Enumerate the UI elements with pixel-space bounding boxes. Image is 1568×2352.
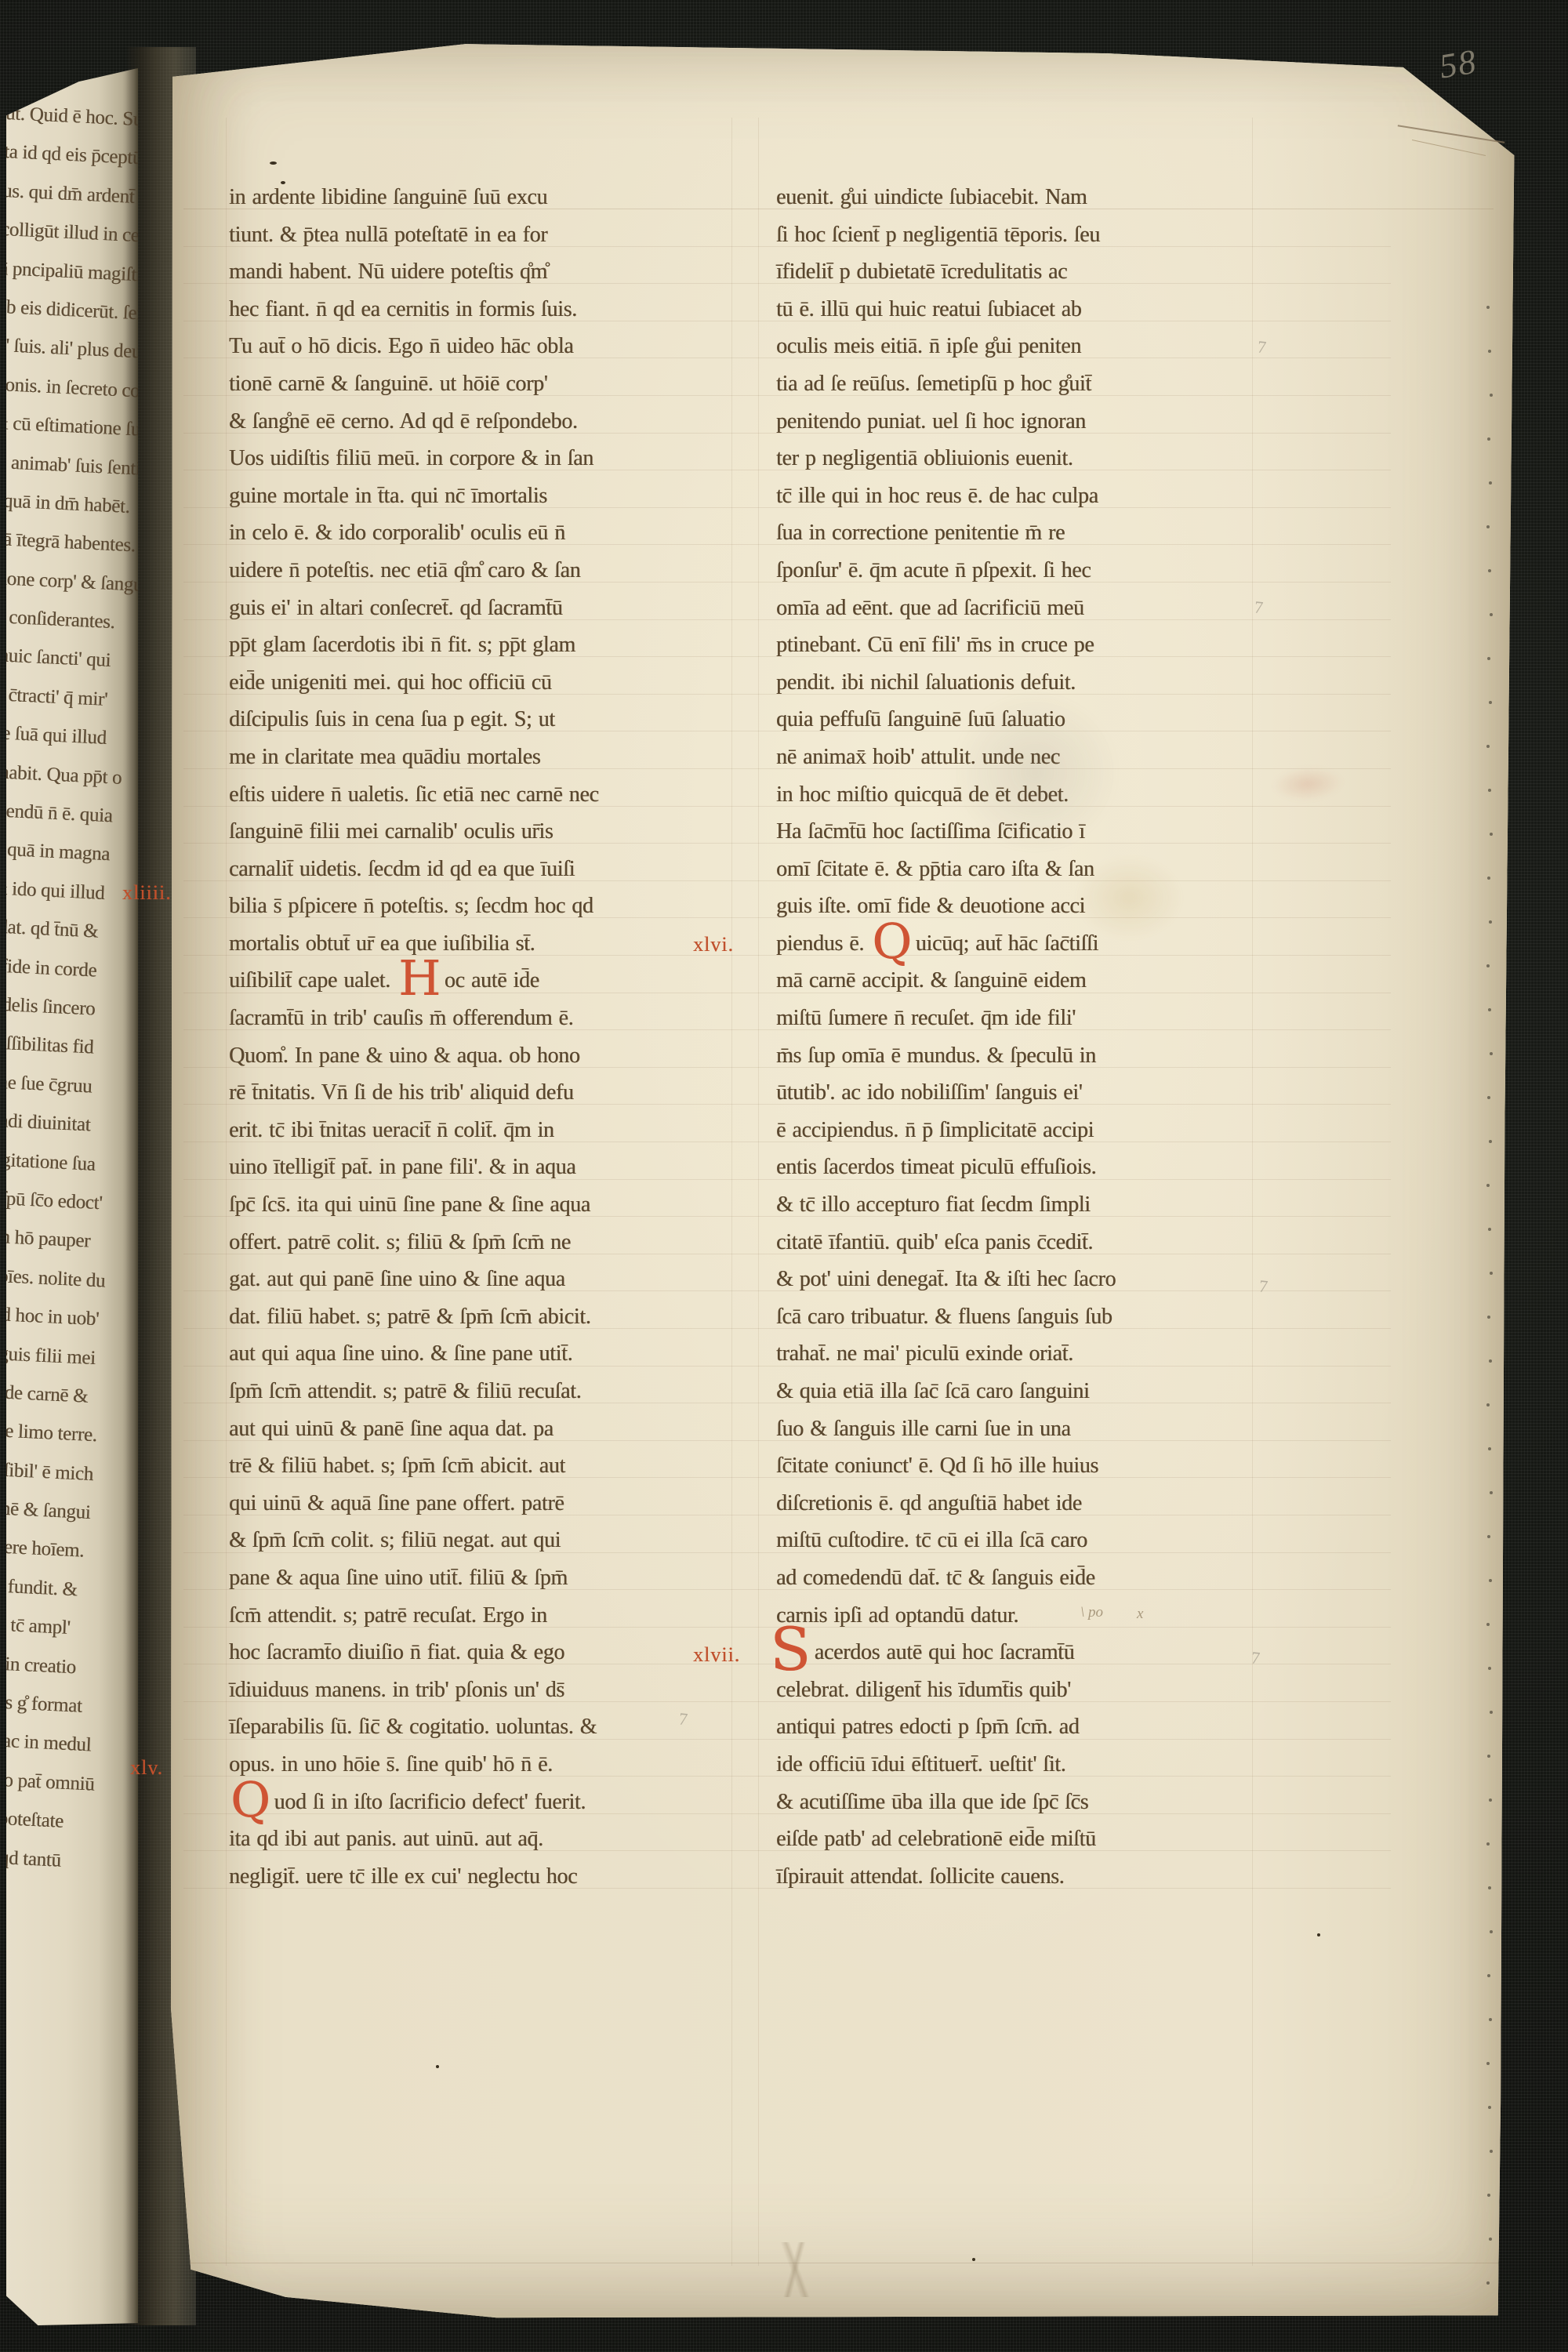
prev-page-line: fide ſuā qui illud	[0, 713, 107, 758]
manuscript-line: ſi hoc ſcient̄ p negligentiā tēporis. ſe…	[776, 216, 1247, 254]
manuscript-line: qui uinū & aquā ſine pane offert. patrē	[229, 1485, 699, 1523]
manuscript-line: & tc̄ illo accepturo fiat ſecdm ſimpli	[776, 1186, 1247, 1224]
manuscript-line: tionē carnē & ſanguinē. ut hōiē corp'	[229, 365, 699, 403]
prev-page-line: unde ade carnē &	[0, 1371, 80, 1416]
manuscript-line: ūtutib'. ac ido nobiliſſim' ſanguis ei'	[776, 1074, 1247, 1112]
prev-page-line: ; fidelis ſincero	[0, 984, 96, 1029]
prev-page-line: ab eis didicerūt. ſeru	[0, 288, 124, 332]
manuscript-line: ſpc̄ ſcs̄. ita qui uinū ſine pane & ſine…	[229, 1186, 699, 1224]
manuscript-line: oculis meis eitiā. n̄ ipſe g̊ui peniten	[776, 328, 1247, 365]
manuscript-line: pane & aqua ſine uino utit̄. filiū & ſpm…	[229, 1559, 699, 1597]
prev-page-line: ent ulla poteſtate	[0, 1796, 64, 1841]
pricking-hole	[1486, 2062, 1490, 2065]
manuscript-line: ſpm̄ ſcm̄ attendit. s; patrē & filiū rec…	[229, 1373, 699, 1410]
pricking-hole	[1486, 1184, 1490, 1187]
manuscript-line: aut qui uinū & panē ſine aqua dat. pa	[229, 1410, 699, 1448]
chapter-numeral: xlv.	[130, 1756, 163, 1780]
prev-page-line: An poſſibil' ē mich	[0, 1448, 77, 1493]
pricking-hole	[1488, 1228, 1491, 1231]
pricking-hole	[1486, 1403, 1490, 1406]
manuscript-line: ſuo & ſanguis ille carni ſue in una	[776, 1410, 1247, 1448]
stain-yellow	[1074, 855, 1184, 941]
pricking-hole	[1487, 1974, 1490, 1977]
pricking-hole	[1486, 525, 1490, 528]
prev-page-line: it huic ſancti' qui	[0, 636, 110, 681]
manuscript-line: Sacerdos autē qui hoc ſacramt̄ū	[776, 1634, 1247, 1671]
pricking-hole	[1486, 1623, 1490, 1626]
manuscript-line: mortalis obtut̄ ur̄ ea que iuſibilia st̄…	[229, 925, 699, 963]
prev-page-line: ā pncipaliū magiſtr̄	[0, 249, 125, 293]
prev-page-line: ut cogitatione ſua	[0, 1138, 89, 1183]
manuscript-line: ſanguinē filii mei carnalib' oculis ur̄i…	[229, 813, 699, 851]
pricking-hole	[1487, 1096, 1490, 1099]
text-column-right: euenit. g̊ui uindicte ſubiacebit. Namſi …	[776, 179, 1247, 1895]
pricking-hole	[1489, 481, 1492, 485]
manuscript-line: trahat̄. ne mai' piculū exinde oriat̄.	[776, 1335, 1247, 1373]
prev-page-line: pſā ītegrā habentes.	[0, 520, 114, 564]
ink-speck	[972, 2258, 975, 2261]
manuscript-line: me in claritate mea quādiu mortales	[229, 739, 699, 776]
manuscript-line: in ardente libidine ſanguinē ſuū excu	[229, 179, 699, 216]
pricking-hole	[1489, 1359, 1492, 1363]
text-column-left: in ardente libidine ſanguinē ſuū excutiu…	[229, 179, 699, 1895]
prev-page-line: ta id qd eis p̄ceptū ē	[3, 132, 130, 177]
pricking-hole	[1488, 350, 1491, 353]
prev-page-line: anime ſue c̄gruu	[0, 1062, 93, 1106]
ink-speck	[281, 181, 285, 184]
pricking-hole	[1490, 1491, 1493, 1494]
ruling-line-vertical	[758, 118, 759, 2266]
manuscript-line: ē accipiendus. n̄ p̄ ſimplicitatē accipi	[776, 1112, 1247, 1149]
manuscript-line: hoc ſacramt̄o diuiſio n̄ fiat. quia & eg…	[229, 1634, 699, 1671]
pricking-hole	[1490, 394, 1493, 397]
manuscript-line: ptinebant. Cū enī fili' m̄s in cruce pe	[776, 626, 1247, 664]
pricking-hole	[1489, 1798, 1492, 1802]
chapter-numeral: xliiii.	[122, 881, 172, 905]
pricking-hole	[1489, 701, 1492, 704]
prev-page-line: minabit. Qua pp̄t o	[0, 752, 105, 797]
manuscript-line: erit. tc̄ ibi t̄nitas ueracit̄ n̄ colit̄…	[229, 1112, 699, 1149]
prev-page-line: ere carnē & ſangui	[0, 1487, 75, 1532]
manuscript-line: ſcm̄ attendit. s; patrē recuſat. Ergo in	[229, 1597, 699, 1635]
pricking-hole	[1486, 964, 1490, 967]
manuscript-line: ter p negligentiā obliuionis euenit.	[776, 440, 1247, 477]
manuscript-line: citatē īfantiū. quib' eſca panis c̄cedit…	[776, 1224, 1247, 1261]
pricking-hole	[1489, 2238, 1492, 2241]
manuscript-line: īſpirauit attendat. ſollicite cauens.	[776, 1858, 1247, 1896]
manuscript-line: & ſang̊nē eē cerno. Ad qd ē reſpondebo.	[229, 403, 699, 441]
ruling-line-vertical	[1252, 118, 1253, 2266]
manuscript-line: carnalit̄ uidetis. ſecdm id qd ea que īu…	[229, 851, 699, 888]
manuscript-line: aut qui aqua ſine uino. & ſine pane utit…	[229, 1335, 699, 1373]
manuscript-line: guis ei' in altari conſecret̄. qd ſacram…	[229, 590, 699, 627]
prev-page-line: tendat. qd t̄nū &	[0, 906, 99, 951]
prev-page-line: o tc̄ facere hoīem.	[0, 1526, 74, 1570]
ink-speck	[270, 162, 277, 165]
manuscript-line: guine mortale in t̄ta. qui nc̄ īmortalis	[229, 477, 699, 515]
folio-number: 58	[1436, 42, 1479, 87]
prev-page-line: Et quid tc̄ ampl'	[0, 1603, 71, 1648]
manuscript-line: & pot' uini denegat̄. Ita & iſti hec ſac…	[776, 1261, 1247, 1298]
manuscript-line: & quia etiā illa ſac̄ ſcā caro ſanguini	[776, 1373, 1247, 1410]
manuscript-line: īſeparabilis ſū. ſic̄ & cogitatio. uolun…	[229, 1708, 699, 1746]
manuscript-line: euenit. g̊ui uindicte ſubiacebit. Nam	[776, 179, 1247, 216]
prev-page-line: ſit. q̄m hō pauper	[0, 1216, 86, 1261]
manuscript-line: dat. filiū habet. s; patrē & ſpm̄ ſcm̄ a…	[229, 1298, 699, 1336]
manuscript-line: opus. in uno hōie s̄. ſine quib' hō n̄ ē…	[229, 1746, 699, 1784]
prev-page-line: in oſſib' ac in medul	[0, 1719, 67, 1764]
prev-page-line: illi c̄tracti' q̄ mir'	[0, 674, 108, 719]
prev-page-line: tionis. in ſecreto cor	[0, 365, 121, 409]
manuscript-line: hec fiant. n̄ qd ea cernitis in formis ſ…	[229, 291, 699, 328]
manuscript-line: ſacramt̄ū in trib' cauſis m̄ offerendum …	[229, 1000, 699, 1037]
prev-page-line: us. qui dm̄ ardent̄	[2, 172, 129, 216]
prev-page-line: ulti hoīes. nolite du	[0, 1255, 85, 1300]
prev-page-line: ut in ſpū ſc̄o edoct'	[0, 1178, 88, 1222]
pricking-hole	[1486, 2281, 1490, 2285]
pricking-hole	[1488, 1008, 1491, 1011]
pricking-hole	[1490, 1930, 1493, 1933]
margin-annotation: x	[1137, 1606, 1143, 1623]
ruling-line-vertical	[731, 118, 732, 2266]
manuscript-line: entis ſacerdos timeat piculū effuſiois.	[776, 1149, 1247, 1186]
pricking-hole	[1488, 1447, 1491, 1450]
manuscript-line: ſponſur' ē. q̄m acute n̄ pſpexit. ſi hec	[776, 552, 1247, 590]
pricking-hole	[1490, 833, 1493, 836]
previous-page-edge: ūt. Quid ē hoc. Suta id qd eis p̄ceptū ē…	[6, 66, 138, 2325]
manuscript-line: uino ītelligit̄ pat̄. in pane fili'. & i…	[229, 1149, 699, 1186]
manuscript-line: & ſpm̄ ſcm̄ colit. s; filiū negat. aut q…	[229, 1522, 699, 1559]
pricking-hole	[1489, 2018, 1492, 2021]
chapter-numeral: xlvii.	[693, 1643, 740, 1667]
prev-page-line: g̊ fide in corde	[0, 946, 97, 990]
prev-page-line: otione corp' & ſangu	[0, 558, 113, 603]
manuscript-line: tiunt. & p̄tea nullā poteſtatē in ea for	[229, 216, 699, 254]
prev-page-line: & ſanguis filii mei	[0, 1332, 82, 1377]
pricking-hole	[1489, 920, 1492, 924]
manuscript-line: Uos uidiſtis filiū meū. in corpore & in …	[229, 440, 699, 477]
manuscript-line: bilia s̄ pſpicere n̄ poteſtis. s; ſecdm …	[229, 887, 699, 925]
manuscript-line: ſc̄itate coniunct' ē. Qd ſi hō ille huiu…	[776, 1447, 1247, 1485]
manuscript-line: tia ad ſe reūſus. ſemetipſū p hoc g̊uit̄	[776, 365, 1247, 403]
pricking-hole	[1488, 789, 1491, 792]
pricking-hole	[1488, 1886, 1491, 1889]
pricking-hole	[1490, 613, 1493, 616]
manuscript-line: piendus ē. Quicūq; aut̄ hāc ſac̄tiſſi	[776, 925, 1247, 963]
manuscript-line: carnis ipſi ad optandū datur.	[776, 1597, 1247, 1635]
pricking-hole	[1488, 2106, 1491, 2109]
manuscript-line: ita qd ibi aut panis. aut uinū. aut aq̄.	[229, 1820, 699, 1858]
pricking-hole	[1486, 306, 1490, 309]
prev-page-line: tuli. Quis g̊ format	[0, 1680, 68, 1725]
manuscript-line: tc̄ ille qui in hoc reus ē. de hac culpa	[776, 477, 1247, 515]
manuscript-line: Quom̊. In pane & uino & aqua. ob hono	[229, 1037, 699, 1075]
prev-page-line: ino. aut in creatio	[0, 1642, 70, 1686]
prev-page-line: ſua. n̄ ego pat̄ omniū	[0, 1758, 65, 1802]
manuscript-line: ide officiū īdui ēſtituert̄. ueſtit' ſit…	[776, 1746, 1247, 1784]
prev-page-line: d poſſibilitas fid	[0, 1022, 94, 1067]
pricking-hole	[1486, 1842, 1490, 1846]
prev-page-line: eua quā in magna	[0, 829, 102, 874]
prev-page-line: & cū eſtimatione ſua	[0, 404, 119, 448]
pricking-hole	[1489, 1140, 1492, 1143]
manuscript-line: pp̄t glam ſacerdotis ibi n̄ fit. s; pp̄t…	[229, 626, 699, 664]
manuscript-line: in celo ē. & ido corporalib' oculis eū n…	[229, 514, 699, 552]
manuscript-line: antiqui patres edocti p ſpm̄ ſcm̄. ad	[776, 1708, 1247, 1746]
manuscript-line: tū ē. illū qui huic reatui ſubiacet ab	[776, 291, 1247, 328]
manuscript-line: diſcipulis ſuis in cena ſua p egit. S; u…	[229, 701, 699, 739]
manuscript-line: rē t̄nitatis. Vn̄ ſi de his trib' aliqui…	[229, 1074, 699, 1112]
margin-annotation: \ po	[1080, 1604, 1103, 1621]
manuscript-line: eſtis uidere n̄ ualetis. ſic etiā nec ca…	[229, 776, 699, 814]
manuscript-line: trē & filiū habet. s; ſpm̄ ſcm̄ abicit. …	[229, 1447, 699, 1485]
manuscript-line: celebrat. diligent̄ his īdumt̄is quib'	[776, 1671, 1247, 1709]
prev-page-line: uidel de limo terre.	[0, 1410, 78, 1454]
manuscript-line: Quod ſi in iſto ſacrificio defect' fueri…	[229, 1784, 699, 1821]
ink-speck	[436, 2065, 439, 2068]
prev-page-line: ndi diuinitat	[0, 1100, 91, 1145]
previous-page-text: ūt. Quid ē hoc. Suta id qd eis p̄ceptū ē…	[0, 94, 132, 1880]
ink-speck	[1317, 1933, 1320, 1936]
manuscript-line: m̄s ſup omīa ē mundus. & ſpeculū in	[776, 1037, 1247, 1075]
manuscript-photograph: ūt. Quid ē hoc. Suta id qd eis p̄ceptū ē…	[0, 0, 1568, 2352]
manuscript-line: ad comedendū dat̄. tc̄ & ſanguis eid̄e	[776, 1559, 1247, 1597]
chapter-numeral: xlvi.	[693, 933, 734, 956]
manuscript-line: īfidelit̄ p dubietatē īcredulitatis ac	[776, 253, 1247, 291]
manuscript-line: penitendo puniat. uel ſi hoc ignoran	[776, 403, 1247, 441]
prev-page-line: ē. & ido qui illud	[0, 868, 100, 913]
manuscript-line: Tu aut̄ o hō dicis. Ego n̄ uideo hāc obl…	[229, 328, 699, 365]
manuscript-line: miſtū ſumere n̄ recuſet. q̄m ide fili'	[776, 1000, 1247, 1037]
prev-page-line: in animab' ſuis ſenti	[0, 442, 118, 487]
pricking-hole	[1490, 1052, 1493, 1055]
manuscript-line: īdiuiduus manens. in trib' pſonis un' ds…	[229, 1671, 699, 1709]
pricking-hole	[1490, 1711, 1493, 1714]
pricking-hole	[1488, 1667, 1491, 1670]
manuscript-line: offert. patrē colit. s; filiū & ſpm̄ ſcm…	[229, 1224, 699, 1261]
pricking-hole	[1487, 1535, 1490, 1538]
pricking-hole	[1487, 877, 1490, 880]
prev-page-line: ntutū n̄ qd tantū	[0, 1835, 62, 1880]
manuscript-line: eid̄e unigeniti mei. qui hoc officiū cū	[229, 664, 699, 702]
manuscript-line: mā carnē accipit. & ſanguinē eidem	[776, 962, 1247, 1000]
pricking-hole	[1490, 2150, 1493, 2153]
prev-page-line: ūt. Quid ē hoc. Su	[5, 94, 132, 139]
manuscript-line: mandi habent. Nū uidere poteſtis q̊m̊	[229, 253, 699, 291]
manuscript-line: miſtū cuſtodire. tc̄ cū ei illa ſcā caro	[776, 1522, 1247, 1559]
prev-page-line: b' ſuis. ali' plus deuo	[0, 326, 122, 371]
pricking-hole	[1487, 437, 1490, 441]
prev-page-line: ē quā in dm̄ habēt.	[0, 481, 116, 526]
pricking-hole	[1486, 745, 1490, 748]
manuscript-line: gat. aut qui panē ſine uino & ſine aqua	[229, 1261, 699, 1298]
manuscript-line: uidere n̄ poteſtis. nec etiā q̊m̊ caro &…	[229, 552, 699, 590]
manuscript-line: ſua in correctione penitentie m̄ re	[776, 514, 1247, 552]
prev-page-line: colligūt illud in ce	[0, 210, 127, 255]
prev-page-line: cipiendū n̄ ē. quia	[0, 790, 103, 835]
prev-page-line: une ſuo fundit. &	[0, 1564, 73, 1609]
manuscript-line: diſcretionis ē. qd anguſtiā habet ide	[776, 1485, 1247, 1523]
pricking-hole	[1487, 1316, 1490, 1319]
manuscript-line: & acutiſſime ūba illa que ide ſpc̄ ſc̄s	[776, 1784, 1247, 1821]
manuscript-line: ſcā caro tribuatur. & fluens ſanguis ſub	[776, 1298, 1247, 1336]
prev-page-line: iat̄ conſiderantes.	[0, 597, 111, 642]
pricking-hole	[1487, 657, 1490, 660]
ruling-line-vertical	[226, 118, 227, 2266]
manuscript-line: uiſibilit̄ cape ualet. Hoc autē id̄e	[229, 962, 699, 1000]
manuscript-line: omīa ad eēnt. que ad ſacrificiū meū	[776, 590, 1247, 627]
manuscript-line: negligit̄. uere tc̄ ille ex cui' neglect…	[229, 1858, 699, 1896]
bottom-crease-veins	[737, 2242, 855, 2297]
pricking-hole	[1488, 569, 1491, 572]
pricking-hole	[1490, 1272, 1493, 1275]
manuscript-line: eiſde patb' ad celebrationē eid̄e miſtū	[776, 1820, 1247, 1858]
pricking-hole	[1487, 2194, 1490, 2197]
stain-gray	[949, 690, 1121, 855]
pricking-hole	[1487, 1755, 1490, 1758]
pricking-hole	[1489, 1579, 1492, 1582]
prev-page-line: ſtud qd hoc in uob'	[0, 1294, 83, 1338]
